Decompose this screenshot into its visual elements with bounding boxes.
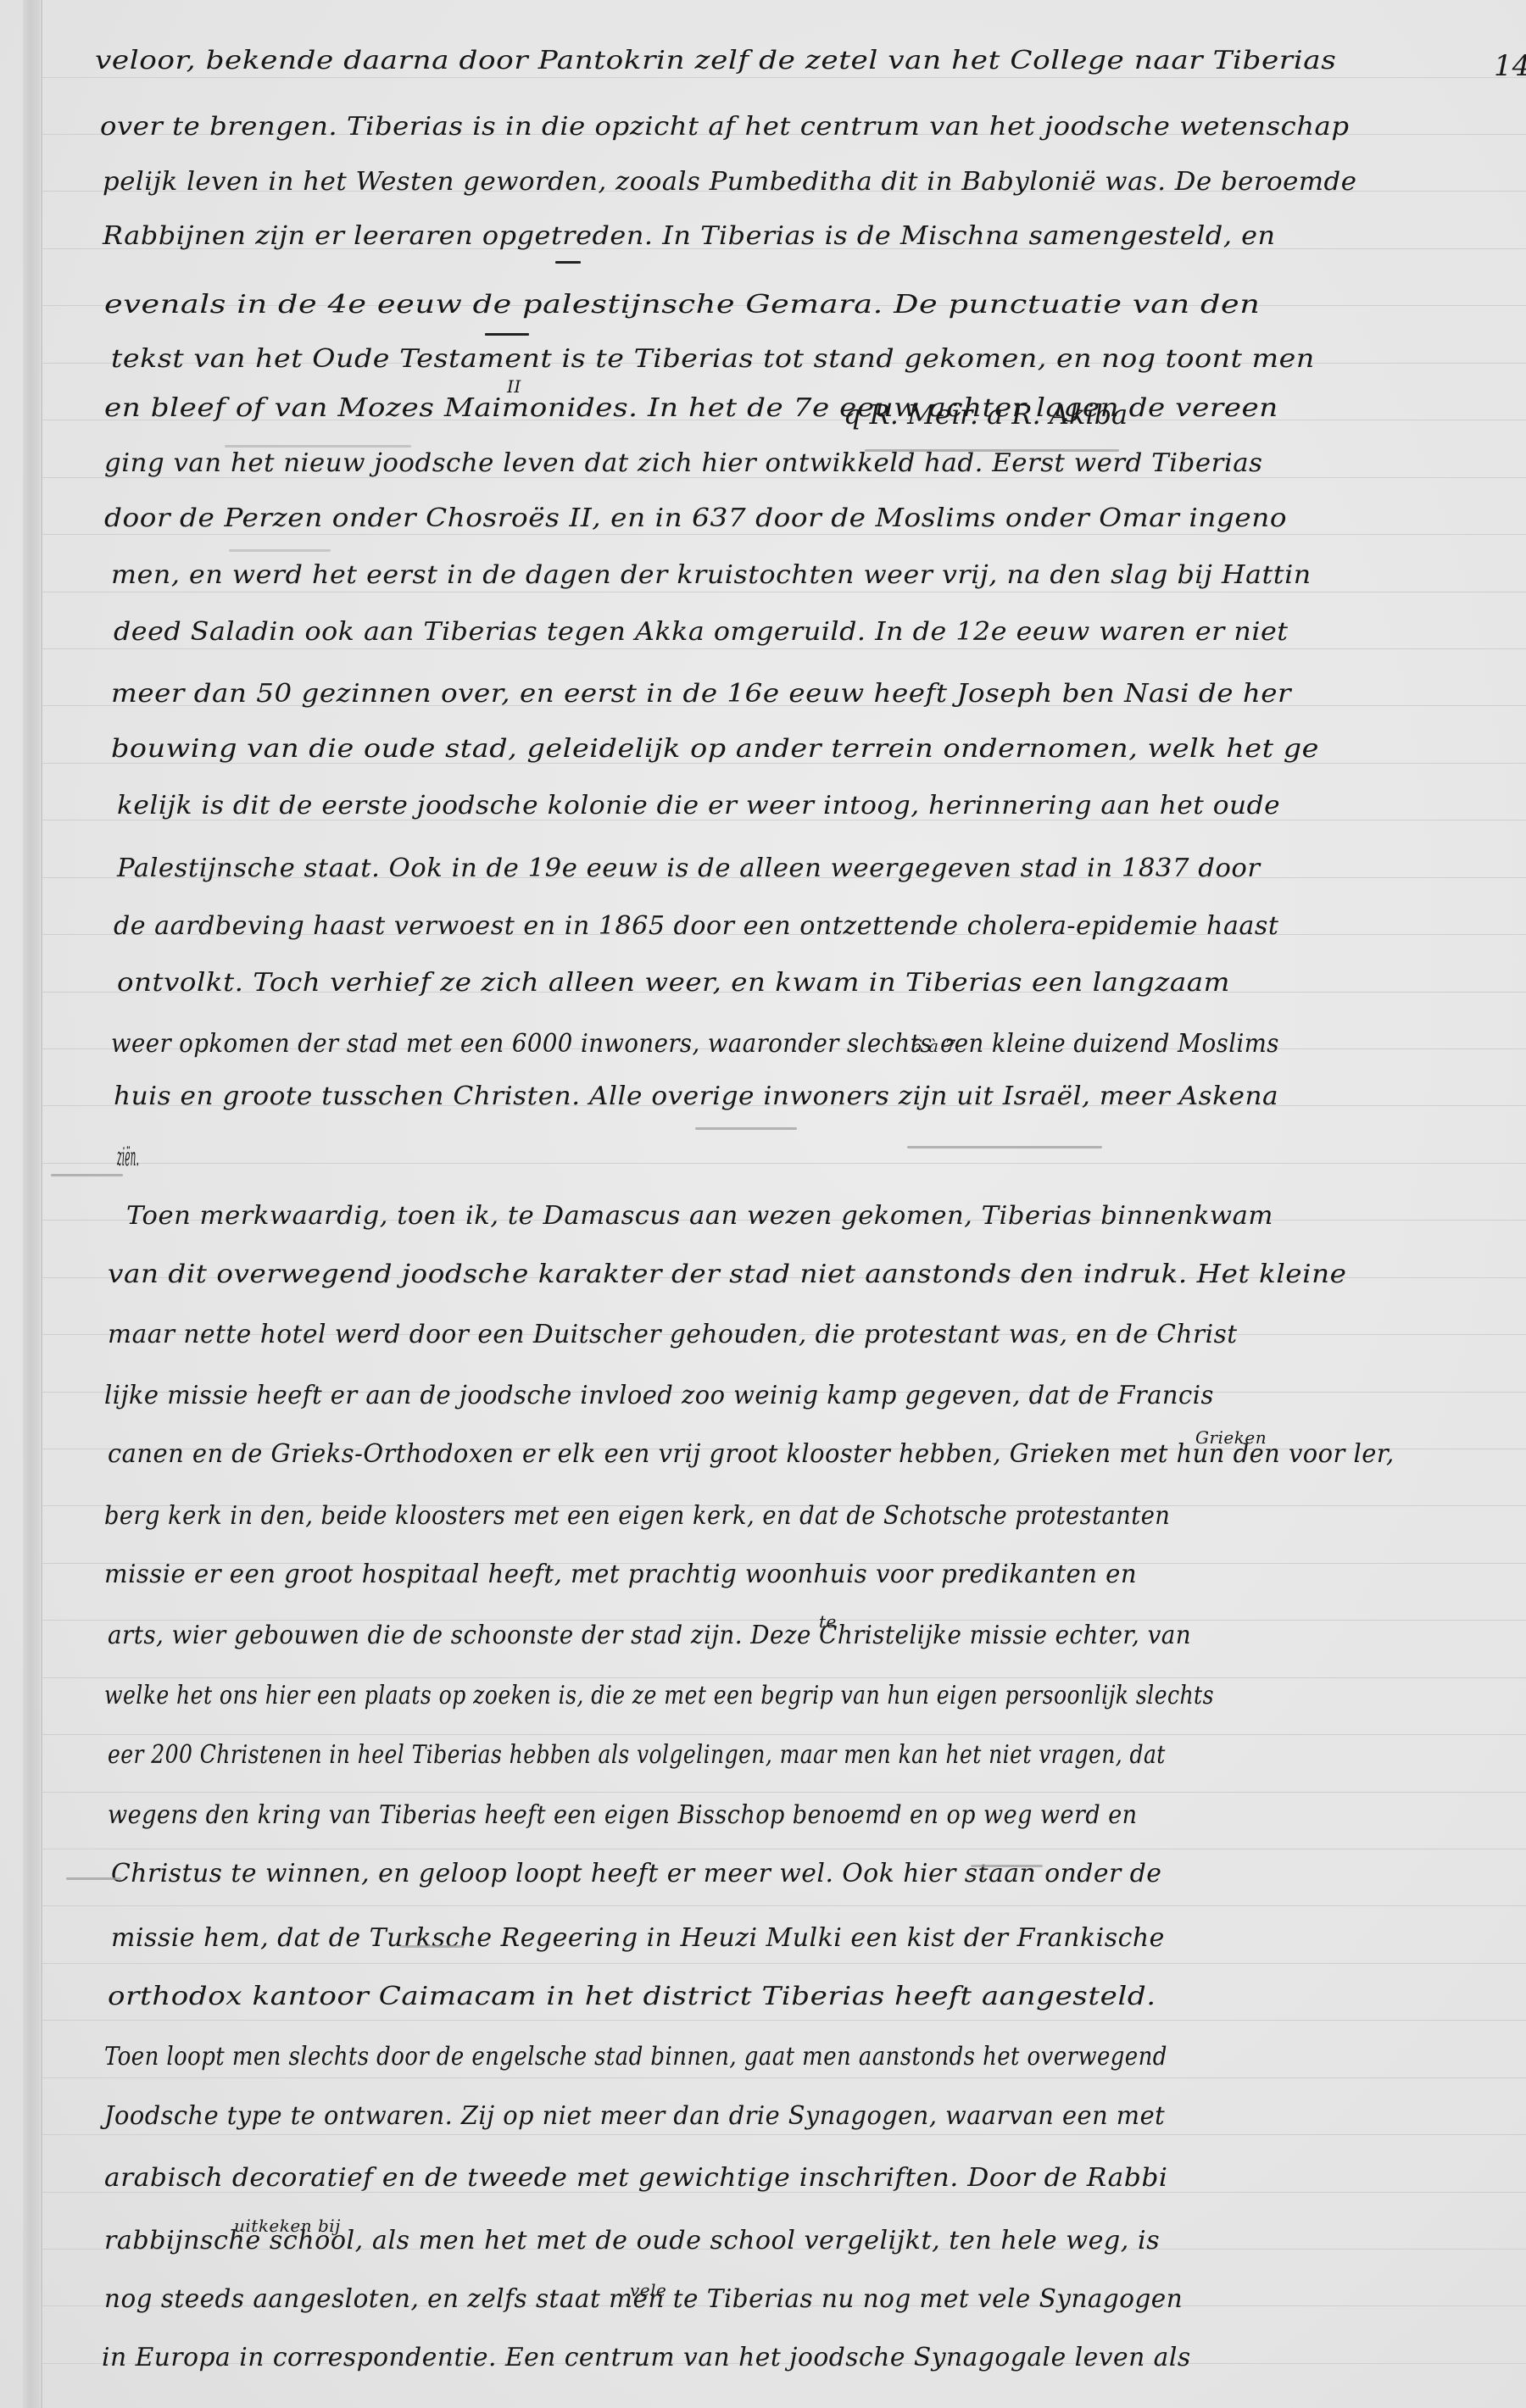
ruled-line	[42, 1677, 1526, 1678]
pencil-mark	[66, 1877, 121, 1880]
manuscript-line: ging van het nieuw joodsche leven dat zi…	[104, 451, 1262, 476]
ruled-line	[42, 1963, 1526, 1964]
manuscript-line: tekst van het Oude Testament is te Tiber…	[111, 347, 1315, 372]
manuscript-line: bouwing van die oude stad, geleidelijk o…	[111, 737, 1319, 762]
manuscript-line: veloor, bekende daarna door Pantokrin ze…	[95, 48, 1336, 74]
manuscript-line: berg kerk in den, beide kloosters met ee…	[104, 1504, 1170, 1529]
binding-gutter	[23, 0, 40, 2408]
ruled-line	[42, 1905, 1526, 1906]
manuscript-line: maar nette hotel werd door een Duitscher…	[108, 1322, 1238, 1348]
manuscript-line: van dit overwegend joodsche karakter der…	[108, 1262, 1347, 1287]
ruled-line	[42, 534, 1526, 535]
manuscript-line: orthodox kantoor Caimacam in het distric…	[108, 1984, 1156, 2010]
manuscript-line: Joodsche type te ontwaren. Zij op niet m…	[104, 2104, 1165, 2129]
interlinear-insertion: Grieken	[1195, 1429, 1267, 1446]
pencil-mark	[400, 1945, 464, 1948]
ruled-line	[42, 1734, 1526, 1735]
manuscript-line: weer opkomen der stad met een 6000 inwon…	[111, 1032, 1279, 1057]
manuscript-line: arts, wier gebouwen die de schoonste der…	[108, 1623, 1191, 1649]
pencil-mark	[225, 445, 411, 448]
interlinear-insertion: te	[819, 1613, 837, 1630]
pencil-mark	[907, 1146, 1102, 1148]
manuscript-line: wegens den kring van Tiberias heeft een …	[108, 1803, 1138, 1828]
interlinear-insertion: vele	[630, 2282, 666, 2299]
interlinear-insertion: uitkeken bij	[234, 2217, 341, 2234]
manuscript-line: door de Perzen onder Chosroës II, en in …	[104, 506, 1287, 531]
manuscript-line: welke het ons hier een plaats op zoeken …	[104, 1683, 1214, 1709]
pencil-mark	[971, 1865, 1043, 1867]
pencil-mark	[865, 449, 1119, 452]
manuscript-line: arabisch decoratief en de tweede met gew…	[104, 2166, 1167, 2191]
manuscript-line: over te brengen. Tiberias is in die opzi…	[100, 114, 1350, 140]
ruled-line	[42, 1163, 1526, 1164]
ruled-line	[42, 592, 1526, 592]
underline	[485, 333, 529, 336]
ruled-line	[42, 2020, 1526, 2021]
pencil-mark	[51, 1174, 123, 1176]
ruled-line	[42, 1849, 1526, 1849]
manuscript-line: deed Saladin ook aan Tiberias tegen Akka…	[114, 620, 1289, 645]
manuscript-line: missie er een groot hospitaal heeft, met…	[104, 1562, 1137, 1588]
manuscript-line: de aardbeving haast verwoest en in 1865 …	[114, 914, 1278, 939]
pencil-mark	[695, 1127, 797, 1130]
manuscript-line: huis en groote tusschen Christen. Alle o…	[114, 1084, 1278, 1109]
manuscript-line: Toen loopt men slechts door de engelsche…	[104, 2044, 1167, 2070]
interlinear-insertion: 6 à 7	[911, 1037, 956, 1054]
manuscript-line: ziën.	[117, 1145, 139, 1171]
manuscript-line: evenals in de 4e eeuw de palestijnsche G…	[104, 292, 1260, 318]
page-number: 14	[1494, 49, 1526, 83]
ruled-line	[42, 1792, 1526, 1793]
manuscript-line: en bleef of van Mozes Maimonides. In het…	[104, 396, 1278, 421]
underline	[555, 261, 581, 264]
manuscript-line: meer dan 50 gezinnen over, en eerst in d…	[111, 681, 1291, 707]
interlinear-insertion: II	[507, 378, 521, 395]
ruled-line	[42, 648, 1526, 649]
manuscript-line: missie hem, dat de Turksche Regeering in…	[111, 1926, 1165, 1951]
pencil-mark	[229, 549, 331, 552]
manuscript-line: Palestijnsche staat. Ook in de 19e eeuw …	[117, 856, 1261, 881]
manuscript-line: kelijk is dit de eerste joodsche kolonie…	[117, 793, 1280, 819]
manuscript-line: Rabbijnen zijn er leeraren opgetreden. I…	[103, 224, 1276, 249]
manuscript-line: ontvolkt. Toch verhief ze zich alleen we…	[117, 970, 1230, 996]
ruled-line	[42, 2134, 1526, 2135]
ruled-line	[42, 2077, 1526, 2078]
page-edge	[41, 0, 42, 2408]
manuscript-line: men, en werd het eerst in de dagen der k…	[111, 563, 1312, 588]
manuscript-page: 14 q R. Meïr. a R. Akiba veloor, bekende…	[0, 0, 1526, 2408]
manuscript-line: eer 200 Christenen in heel Tiberias hebb…	[108, 1743, 1166, 1768]
manuscript-line: lijke missie heeft er aan de joodsche in…	[104, 1383, 1214, 1409]
manuscript-line: in Europa in correspondentie. Een centru…	[102, 2345, 1191, 2371]
manuscript-line: pelijk leven in het Westen geworden, zoo…	[103, 170, 1356, 195]
manuscript-line: Toen merkwaardig, toen ik, te Damascus a…	[126, 1204, 1273, 1229]
ruled-line	[42, 77, 1526, 78]
